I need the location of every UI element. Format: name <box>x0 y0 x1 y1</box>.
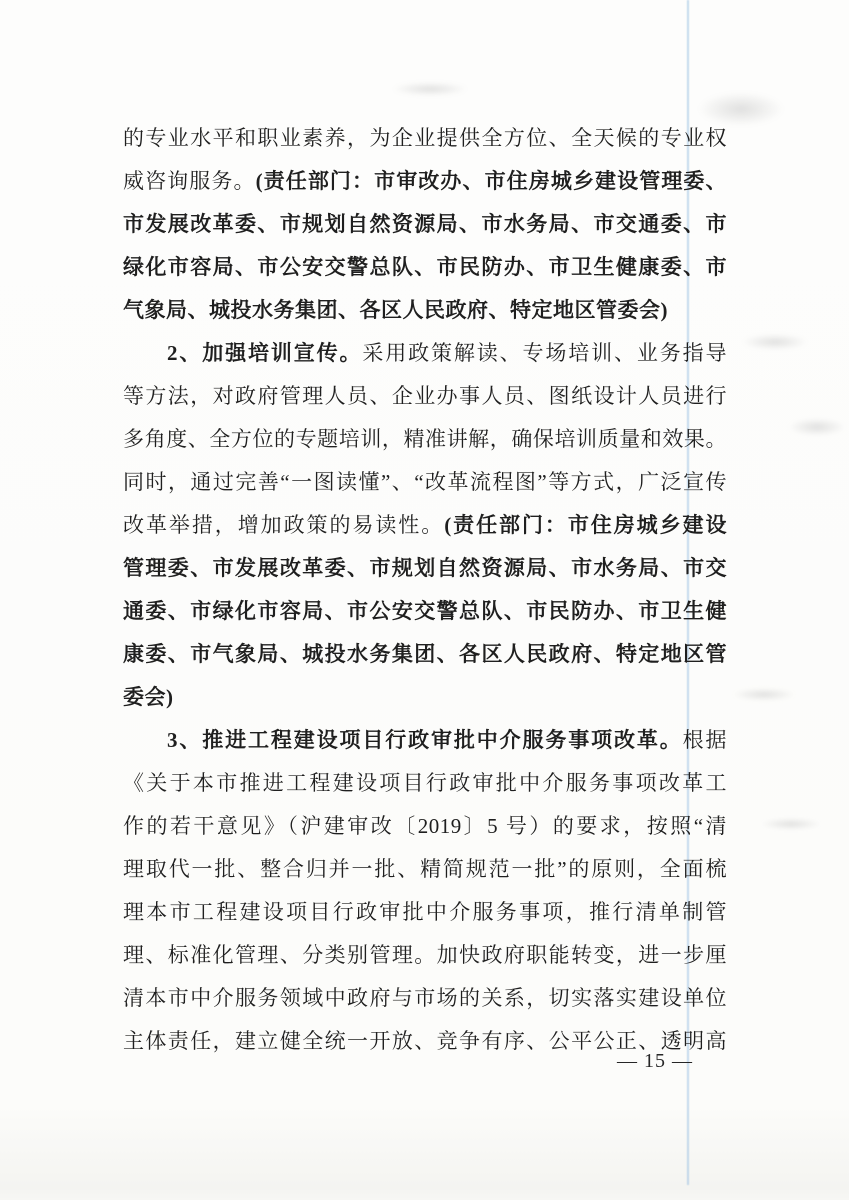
text-line: 理、标准化管理、分类别管理。加快政府职能转变，进一步厘 <box>123 934 727 977</box>
text-line: 康委、市气象局、城投水务集团、各区人民政府、特定地区管 <box>123 633 727 676</box>
text-run: 改革举措，增加政策的易读性。 <box>123 513 444 537</box>
document-page: 的专业水平和职业素养，为企业提供全方位、全天候的专业权威咨询服务。(责任部门：市… <box>0 0 849 1200</box>
text-line: 理取代一批、整合归并一批、精简规范一批”的原则，全面梳 <box>123 848 727 891</box>
text-line: 同时，通过完善“一图读懂”、“改革流程图”等方式，广泛宣传 <box>123 461 727 504</box>
text-line: 改革举措，增加政策的易读性。(责任部门：市住房城乡建设 <box>123 504 727 547</box>
text-run-bold: (责任部门：市审改办、市住房城乡建设管理委、 <box>256 169 727 193</box>
text-line: 清本市中介服务领域中政府与市场的关系，切实落实建设单位 <box>123 977 727 1020</box>
ink-bleed-artifact <box>392 82 468 96</box>
text-line: 等方法，对政府管理人员、企业办事人员、图纸设计人员进行 <box>123 375 727 418</box>
text-run: 等方法，对政府管理人员、企业办事人员、图纸设计人员进行 <box>123 384 727 408</box>
text-run: 清本市中介服务领域中政府与市场的关系，切实落实建设单位 <box>123 986 727 1010</box>
text-line: 气象局、城投水务集团、各区人民政府、特定地区管委会) <box>123 289 727 332</box>
text-run: 的专业水平和职业素养，为企业提供全方位、全天候的专业权 <box>123 126 727 150</box>
text-line: 威咨询服务。(责任部门：市审改办、市住房城乡建设管理委、 <box>123 160 727 203</box>
text-run-bold: 3、推进工程建设项目行政审批中介服务事项改革。 <box>167 728 683 752</box>
text-line: 作的若干意见》（沪建审改〔2019〕5 号）的要求，按照“清 <box>123 805 727 848</box>
text-run-bold: 通委、市绿化市容局、市公安交警总队、市民防办、市卫生健 <box>123 599 727 623</box>
page-number: — 15 — <box>585 1050 725 1073</box>
text-run-bold: (责任部门：市住房城乡建设 <box>444 513 727 537</box>
text-run: 理、标准化管理、分类别管理。加快政府职能转变，进一步厘 <box>123 943 727 967</box>
text-run-bold: 管理委、市发展改革委、市规划自然资源局、市水务局、市交 <box>123 556 727 580</box>
text-run: 根据 <box>683 728 727 752</box>
text-run-bold: 康委、市气象局、城投水务集团、各区人民政府、特定地区管 <box>123 642 727 666</box>
text-line: 《关于本市推进工程建设项目行政审批中介服务事项改革工 <box>123 762 727 805</box>
text-line: 3、推进工程建设项目行政审批中介服务事项改革。根据 <box>123 719 727 762</box>
text-run-bold: 市发展改革委、市规划自然资源局、市水务局、市交通委、市 <box>123 212 727 236</box>
text-run: 《关于本市推进工程建设项目行政审批中介服务事项改革工 <box>123 771 727 795</box>
text-run: 作的若干意见》（沪建审改〔2019〕5 号）的要求，按照“清 <box>123 814 727 838</box>
ink-bleed-artifact <box>788 418 846 436</box>
text-run-bold: 绿化市容局、市公安交警总队、市民防办、市卫生健康委、市 <box>123 255 727 279</box>
text-run: 同时，通过完善“一图读懂”、“改革流程图”等方式，广泛宣传 <box>123 470 727 494</box>
ink-bleed-artifact <box>732 688 796 701</box>
text-line: 多角度、全方位的专题培训，精准讲解，确保培训质量和效果。 <box>123 418 727 461</box>
text-line: 通委、市绿化市容局、市公安交警总队、市民防办、市卫生健 <box>123 590 727 633</box>
text-line: 2、加强培训宣传。采用政策解读、专场培训、业务指导 <box>123 332 727 375</box>
text-run-bold: 2、加强培训宣传。 <box>167 341 362 365</box>
text-run: 理取代一批、整合归并一批、精简规范一批”的原则，全面梳 <box>123 857 727 881</box>
text-run: 采用政策解读、专场培训、业务指导 <box>362 341 727 365</box>
text-line: 委会) <box>123 676 727 719</box>
ink-bleed-artifact <box>760 818 822 830</box>
text-run: 威咨询服务。 <box>123 169 256 193</box>
text-line: 理本市工程建设项目行政审批中介服务事项，推行清单制管 <box>123 891 727 934</box>
text-line: 的专业水平和职业素养，为企业提供全方位、全天候的专业权 <box>123 117 727 160</box>
text-line: 市发展改革委、市规划自然资源局、市水务局、市交通委、市 <box>123 203 727 246</box>
text-run-bold: 气象局、城投水务集团、各区人民政府、特定地区管委会) <box>123 298 668 322</box>
document-text: 的专业水平和职业素养，为企业提供全方位、全天候的专业权威咨询服务。(责任部门：市… <box>123 117 727 1063</box>
ink-bleed-artifact <box>742 334 808 350</box>
text-run-bold: 委会) <box>123 685 174 709</box>
text-run: 多角度、全方位的专题培训，精准讲解，确保培训质量和效果。 <box>123 427 727 451</box>
text-line: 管理委、市发展改革委、市规划自然资源局、市水务局、市交 <box>123 547 727 590</box>
text-run: 理本市工程建设项目行政审批中介服务事项，推行清单制管 <box>123 900 727 924</box>
text-line: 绿化市容局、市公安交警总队、市民防办、市卫生健康委、市 <box>123 246 727 289</box>
